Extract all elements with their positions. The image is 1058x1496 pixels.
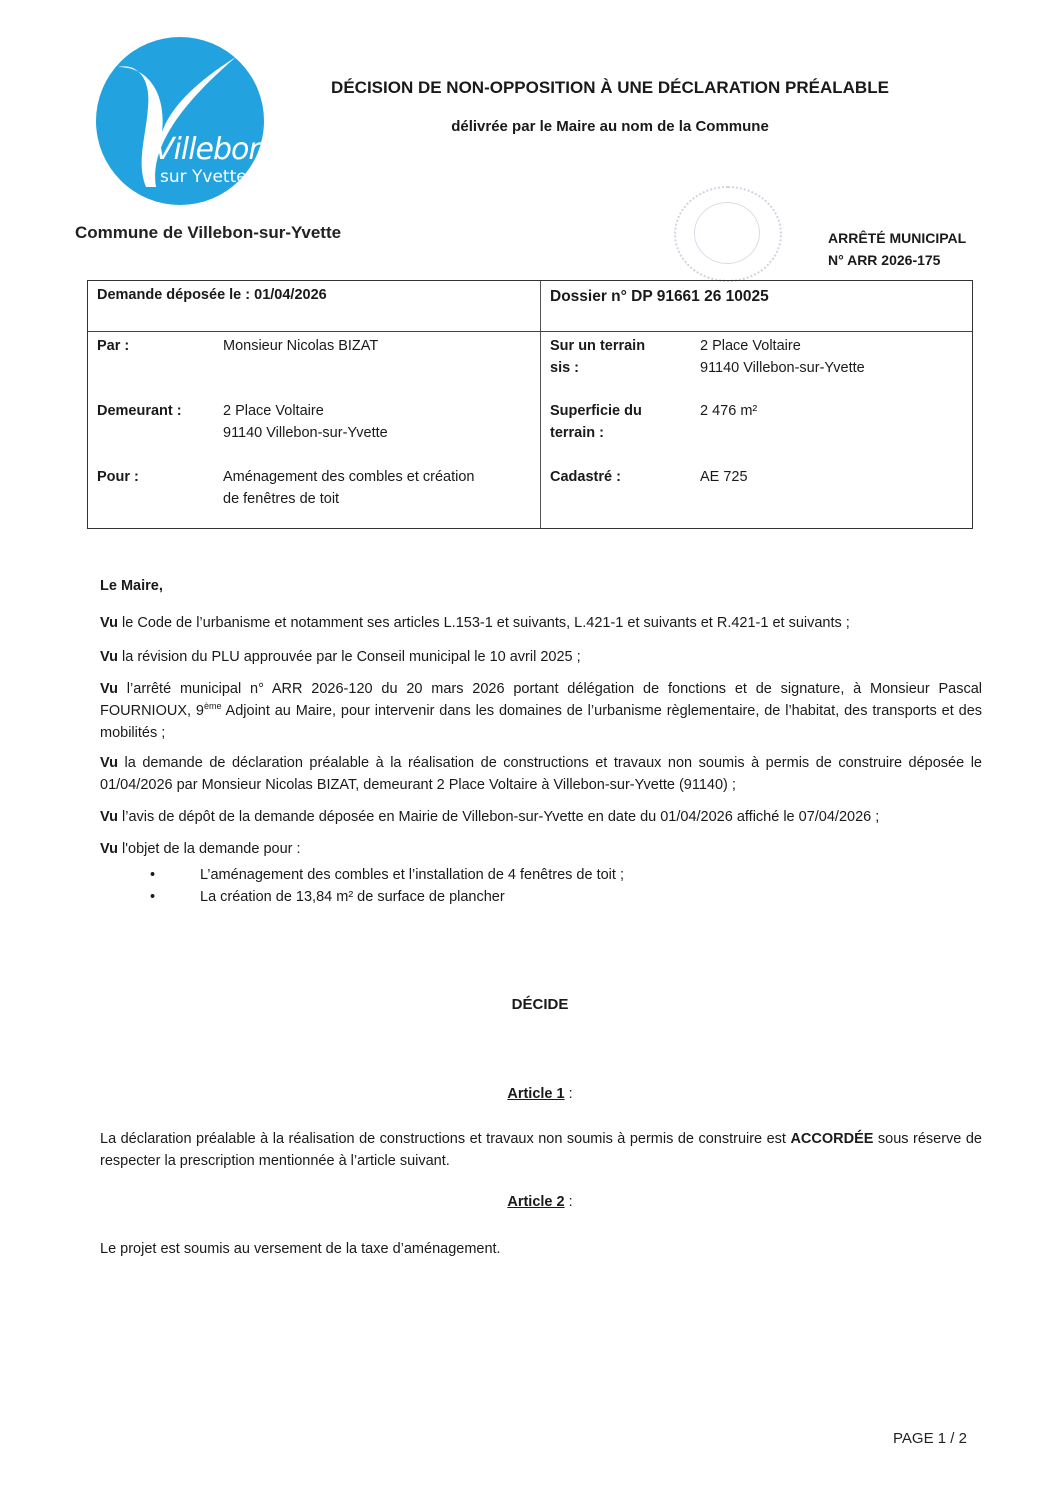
document-title: DÉCISION DE NON-OPPOSITION À UNE DÉCLARA… — [300, 78, 920, 98]
vu-avis-depot: Vu l’avis de dépôt de la demande déposée… — [100, 806, 982, 828]
article-1-text: La déclaration préalable à la réalisatio… — [100, 1128, 982, 1172]
logo-subtitle: sur Yvette — [160, 167, 247, 187]
vu-code-urbanisme: Vu le Code de l’urbanisme et notamment s… — [100, 612, 982, 634]
le-maire-heading: Le Maire, — [100, 575, 982, 597]
arrete-label: ARRÊTÉ MUNICIPAL — [828, 227, 966, 249]
arrete-reference: ARRÊTÉ MUNICIPAL N° ARR 2026-175 — [828, 227, 966, 271]
article-1-heading: Article 1 : — [90, 1086, 990, 1102]
superficie-label: Superficie duterrain : — [550, 400, 642, 444]
arrete-number: N° ARR 2026-175 — [828, 249, 966, 271]
terrain-address: 2 Place Voltaire91140 Villebon-sur-Yvett… — [700, 335, 865, 379]
cadastre-label: Cadastré : — [550, 466, 621, 488]
vu-revision-plu: Vu la révision du PLU approuvée par le C… — [100, 646, 982, 668]
decide-heading: DÉCIDE — [90, 996, 990, 1013]
commune-name: Commune de Villebon-sur-Yvette — [75, 223, 341, 243]
superficie-value: 2 476 m² — [700, 400, 757, 422]
logo-word: Villebon — [154, 132, 264, 167]
request-info-table: Demande déposée le : 01/04/2026 Dossier … — [87, 280, 973, 529]
objet-bullet-list: •L’aménagement des combles et l’installa… — [150, 864, 624, 908]
dossier-number: Dossier n° DP 91661 26 10025 — [550, 286, 769, 308]
pour-label: Pour : — [97, 466, 139, 488]
document-subtitle: délivrée par le Maire au nom de la Commu… — [300, 118, 920, 135]
par-value: Monsieur Nicolas BIZAT — [223, 335, 378, 357]
list-item: •L’aménagement des combles et l’installa… — [150, 864, 624, 886]
demeurant-address: 2 Place Voltaire91140 Villebon-sur-Yvett… — [223, 400, 388, 444]
article-2-heading: Article 2 : — [90, 1194, 990, 1210]
villebon-logo: Villebon sur Yvette — [96, 37, 264, 205]
cadastre-value: AE 725 — [700, 466, 748, 488]
page-number: PAGE 1 / 2 — [893, 1430, 967, 1447]
list-item: •La création de 13,84 m² de surface de p… — [150, 886, 624, 908]
pour-value: Aménagement des combles et créationde fe… — [223, 466, 474, 510]
terrain-label: Sur un terrainsis : — [550, 335, 645, 379]
official-stamp-icon — [674, 186, 782, 282]
par-label: Par : — [97, 335, 129, 357]
article-2-text: Le projet est soumis au versement de la … — [100, 1238, 982, 1260]
demeurant-label: Demeurant : — [97, 400, 182, 422]
demande-date: Demande déposée le : 01/04/2026 — [97, 284, 327, 306]
vu-arrete-delegation: Vu l’arrêté municipal n° ARR 2026-120 du… — [100, 678, 982, 744]
vu-objet-demande: Vu l'objet de la demande pour : — [100, 838, 982, 860]
vu-demande: Vu la demande de déclaration préalable à… — [100, 752, 982, 796]
